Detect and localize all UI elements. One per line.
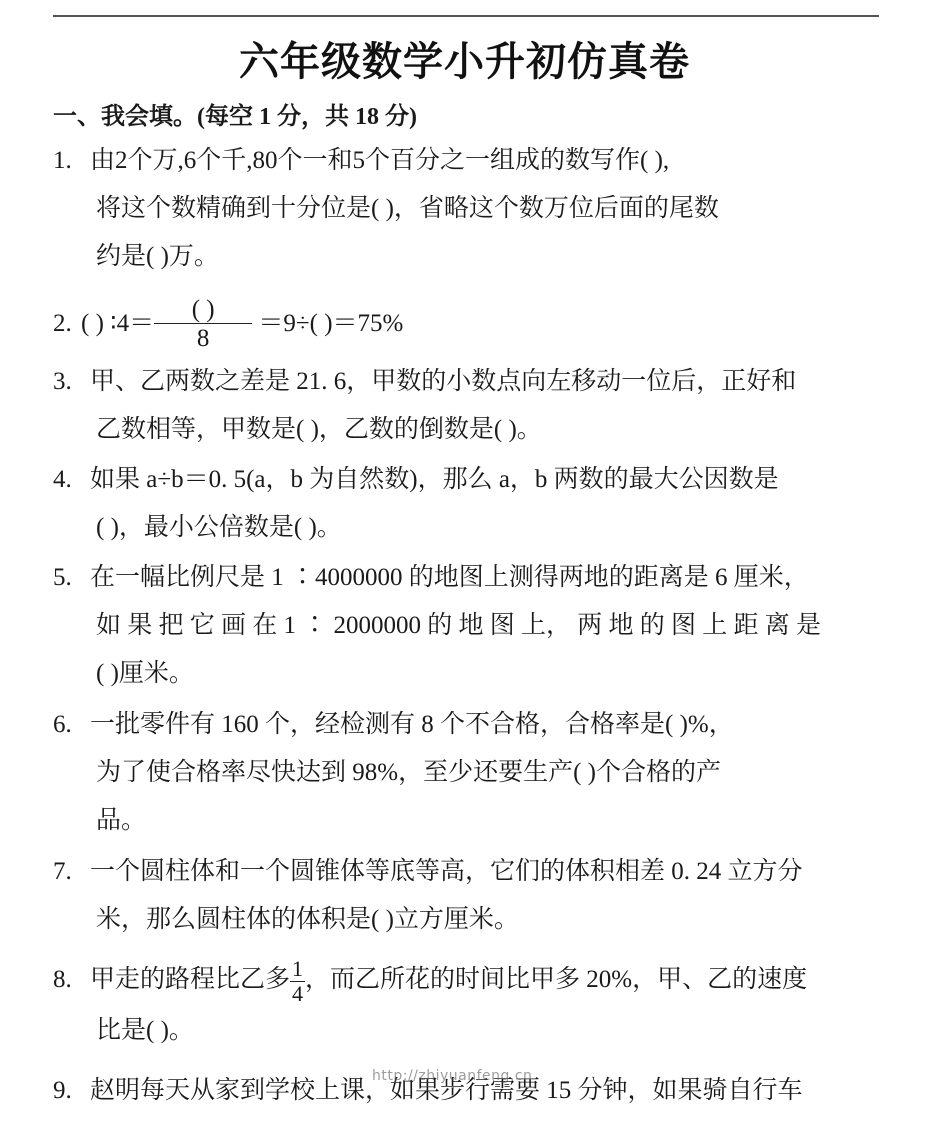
question-number: 9. bbox=[53, 1067, 90, 1115]
question-1: 1.由2个万,6个千,80个一和5个百分之一组成的数写作( ), 将这个数精确到… bbox=[53, 137, 719, 281]
question-text: 在一幅比例尺是 1 ∶4000000 的地图上测得两地的距离是 6 厘米， bbox=[90, 564, 809, 591]
fraction: 14 bbox=[290, 957, 305, 1006]
fraction-numerator: 1 bbox=[290, 957, 305, 982]
question-number: 5. bbox=[53, 554, 90, 602]
section-heading: 一、我会填。(每空 1 分，共 18 分) bbox=[53, 96, 417, 131]
fraction-numerator: ( ) bbox=[154, 297, 252, 324]
question-7: 7.一个圆柱体和一个圆锥体等底等高，它们的体积相差 0. 24 立方分 米，那么… bbox=[53, 848, 803, 944]
fraction-denominator: 4 bbox=[290, 982, 305, 1006]
question-number: 6. bbox=[53, 701, 90, 749]
question-text: ( )，最小公倍数是( )。 bbox=[53, 504, 779, 552]
question-text: 为了使合格率尽快达到 98%，至少还要生产( )个合格的产 bbox=[53, 749, 734, 797]
question-text: 约是( )万。 bbox=[53, 233, 719, 281]
question-text: 品。 bbox=[53, 797, 734, 845]
question-text: ( )厘米。 bbox=[53, 650, 821, 698]
question-number: 2. bbox=[53, 296, 81, 352]
question-number: 3. bbox=[53, 358, 90, 406]
question-text: 如果 a÷b＝0. 5(a，b 为自然数)，那么 a，b 两数的最大公因数是 bbox=[90, 466, 779, 493]
question-text: 甲、乙两数之差是 21. 6，甲数的小数点向左移动一位后，正好和 bbox=[90, 368, 796, 395]
question-text: 将这个数精确到十分位是( )，省略这个数万位后面的尾数 bbox=[53, 185, 719, 233]
page-title: 六年级数学小升初仿真卷 bbox=[0, 30, 929, 87]
watermark: http://zhiyuanfeng.cn bbox=[372, 1068, 532, 1084]
question-text: 米，那么圆柱体的体积是( )立方厘米。 bbox=[53, 896, 803, 944]
header-rule bbox=[53, 15, 879, 17]
question-text: 由2个万,6个千,80个一和5个百分之一组成的数写作( ), bbox=[90, 147, 669, 174]
question-8: 8.甲走的路程比乙多14，而乙所花的时间比甲多 20%，甲、乙的速度 比是( )… bbox=[53, 952, 807, 1054]
question-4: 4.如果 a÷b＝0. 5(a，b 为自然数)，那么 a，b 两数的最大公因数是… bbox=[53, 456, 779, 552]
question-number: 7. bbox=[53, 848, 90, 896]
question-text: 一个圆柱体和一个圆锥体等底等高，它们的体积相差 0. 24 立方分 bbox=[90, 858, 803, 885]
question-number: 4. bbox=[53, 456, 90, 504]
question-text: ＝9÷( )＝75% bbox=[258, 310, 403, 337]
question-number: 8. bbox=[53, 952, 90, 1008]
question-text: 如 果 把 它 画 在 1 ∶ 2000000 的 地 图 上， 两 地 的 图… bbox=[53, 602, 821, 650]
question-5: 5.在一幅比例尺是 1 ∶4000000 的地图上测得两地的距离是 6 厘米， … bbox=[53, 554, 821, 698]
question-3: 3.甲、乙两数之差是 21. 6，甲数的小数点向左移动一位后，正好和 乙数相等，… bbox=[53, 358, 796, 454]
question-number: 1. bbox=[53, 137, 90, 185]
question-6: 6.一批零件有 160 个，经检测有 8 个不合格，合格率是( )%， 为了使合… bbox=[53, 701, 734, 845]
question-text: 一批零件有 160 个，经检测有 8 个不合格，合格率是( )%， bbox=[90, 711, 734, 738]
fraction-denominator: 8 bbox=[154, 324, 252, 354]
question-2: 2.( ) ∶4＝( )8 ＝9÷( )＝75% bbox=[53, 296, 403, 354]
question-text: ( ) ∶4＝ bbox=[81, 310, 154, 337]
question-text: 乙数相等，甲数是( )，乙数的倒数是( )。 bbox=[53, 406, 796, 454]
question-text: ，而乙所花的时间比甲多 20%，甲、乙的速度 bbox=[305, 966, 807, 993]
fraction: ( )8 bbox=[154, 297, 252, 354]
question-text: 比是( )。 bbox=[53, 1008, 807, 1054]
question-text: 甲走的路程比乙多 bbox=[90, 966, 290, 993]
